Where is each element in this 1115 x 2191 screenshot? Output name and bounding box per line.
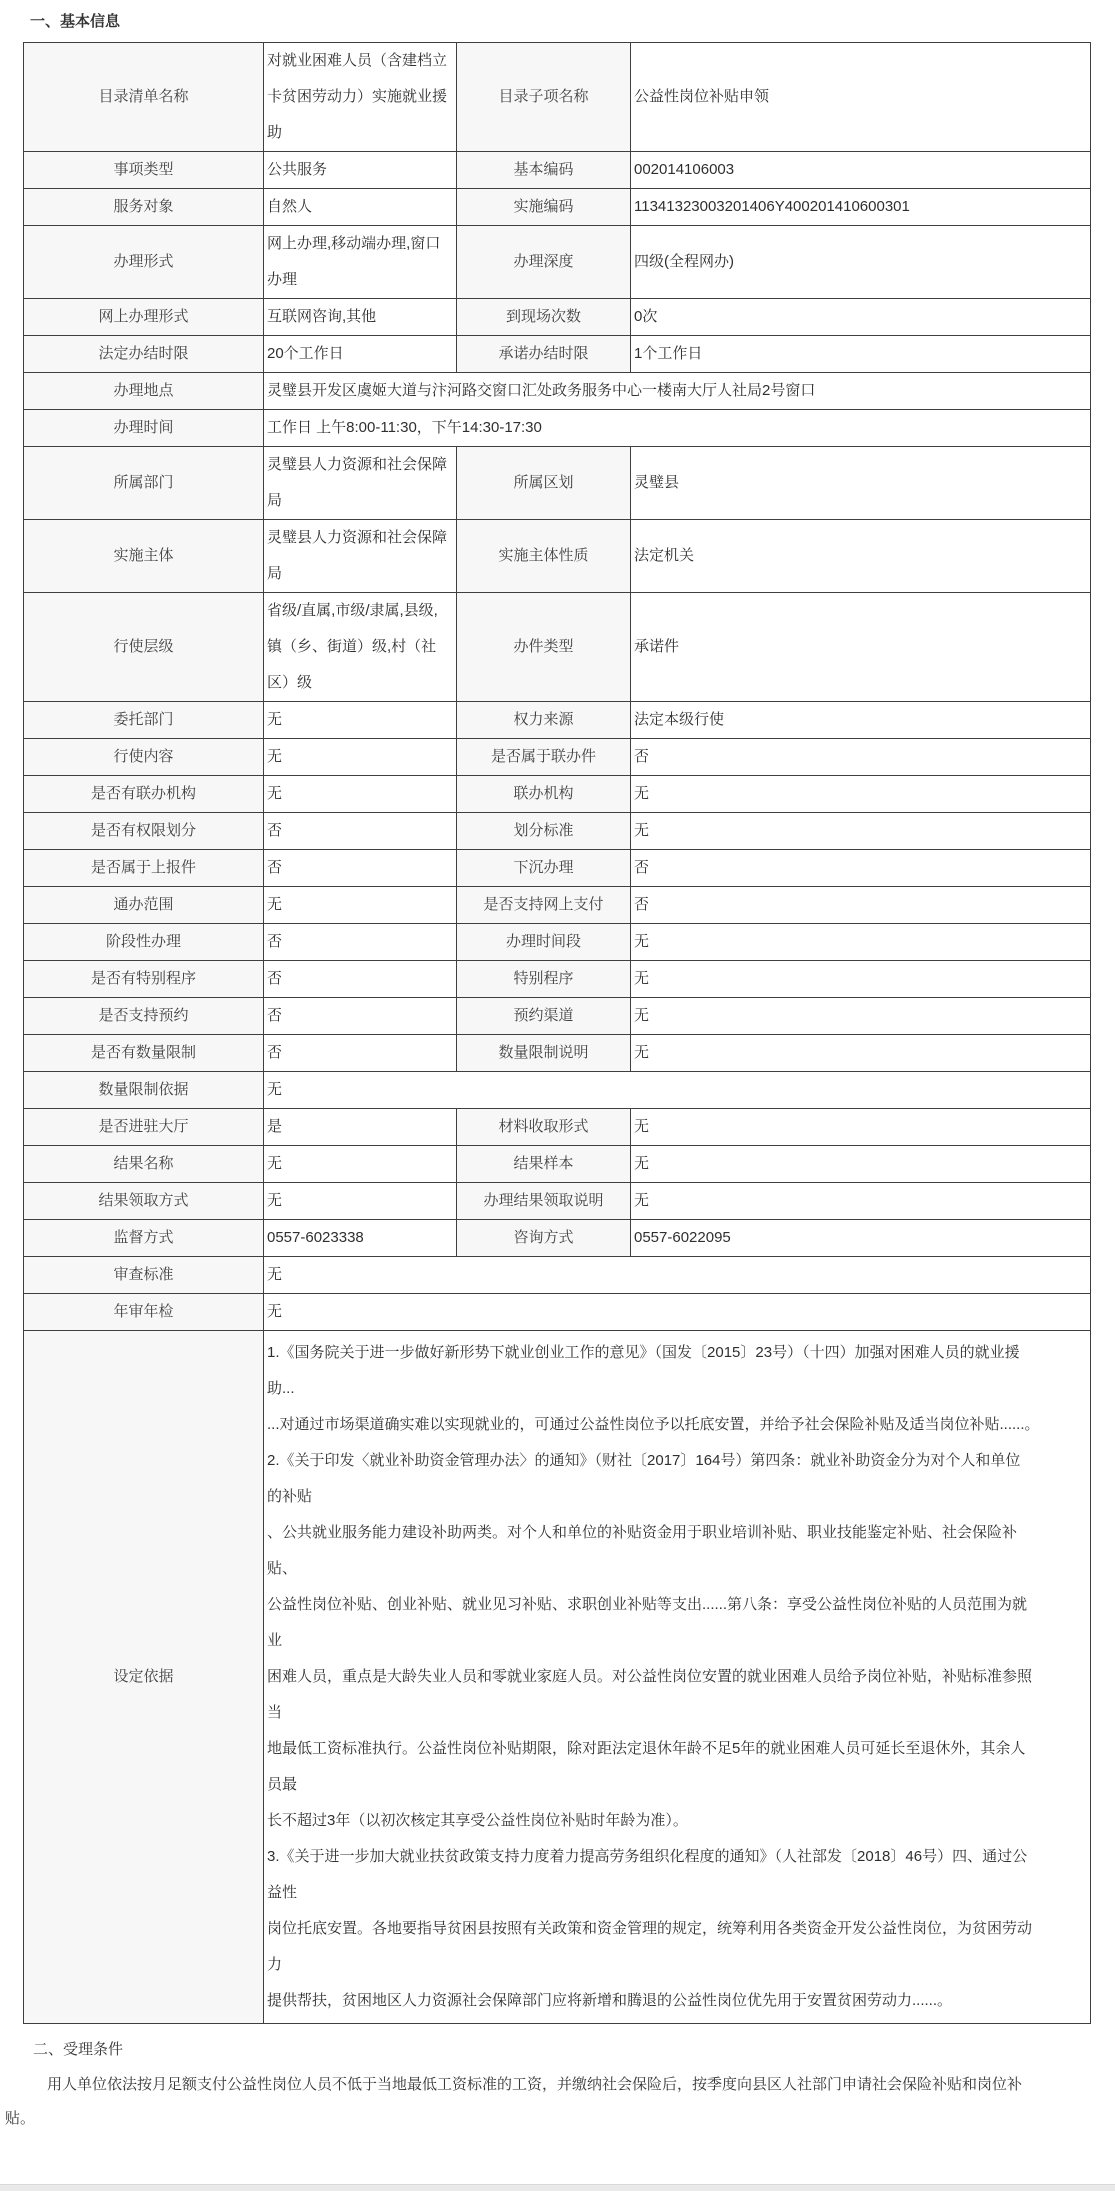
- accept-conditions-paragraph: 用人单位依法按月足额支付公益性岗位人员不低于当地最低工资标准的工资，并缴纳社会保…: [5, 2068, 1115, 2136]
- table-row: 办理形式网上办理,移动端办理,窗口办理办理深度四级(全程网办): [24, 226, 1091, 299]
- field-label: 委托部门: [24, 702, 264, 739]
- table-row: 是否有特别程序否特别程序无: [24, 961, 1091, 998]
- field-label: 下沉办理: [457, 850, 631, 887]
- field-value-line: 3.《关于进一步加大就业扶贫政策支持力度着力提高劳务组织化程度的通知》（人社部发…: [267, 1839, 1086, 1875]
- table-row: 办理时间工作日 上午8:00-11:30，下午14:30-17:30: [24, 410, 1091, 447]
- field-label: 结果样本: [457, 1146, 631, 1183]
- field-label: 实施主体性质: [457, 520, 631, 593]
- field-value: 无: [264, 1072, 1091, 1109]
- field-value: 灵璧县: [631, 447, 1091, 520]
- field-value: 自然人: [264, 189, 457, 226]
- field-value: 工作日 上午8:00-11:30，下午14:30-17:30: [264, 410, 1091, 447]
- table-row: 设定依据1.《国务院关于进一步做好新形势下就业创业工作的意见》（国发〔2015〕…: [24, 1331, 1091, 2024]
- accept-conditions-line: 用人单位依法按月足额支付公益性岗位人员不低于当地最低工资标准的工资，并缴纳社会保…: [5, 2068, 1115, 2102]
- table-row: 事项类型公共服务基本编码002014106003: [24, 152, 1091, 189]
- section-title-accept-conditions: 二、受理条件: [33, 2040, 1115, 2060]
- table-row: 所属部门灵璧县人力资源和社会保障局所属区划灵璧县: [24, 447, 1091, 520]
- field-value: 无: [631, 924, 1091, 961]
- table-row: 网上办理形式互联网咨询,其他到现场次数0次: [24, 299, 1091, 336]
- field-value: 是: [264, 1109, 457, 1146]
- field-label: 目录清单名称: [24, 43, 264, 152]
- field-label: 联办机构: [457, 776, 631, 813]
- field-value: 无: [631, 998, 1091, 1035]
- table-row: 服务对象自然人实施编码11341323003201406Y40020141060…: [24, 189, 1091, 226]
- field-value: 无: [264, 702, 457, 739]
- field-value-line: 1.《国务院关于进一步做好新形势下就业创业工作的意见》（国发〔2015〕23号）…: [267, 1335, 1086, 1371]
- field-value-line: 助...: [267, 1371, 1086, 1407]
- field-value-line: 地最低工资标准执行。公益性岗位补贴期限，除对距法定退休年龄不足5年的就业困难人员…: [267, 1731, 1086, 1767]
- field-label: 办理深度: [457, 226, 631, 299]
- table-row: 监督方式0557-6023338咨询方式0557-6022095: [24, 1220, 1091, 1257]
- field-value: 无: [631, 1109, 1091, 1146]
- table-row: 年审年检无: [24, 1294, 1091, 1331]
- field-value-line: 益性: [267, 1875, 1086, 1911]
- field-label: 所属部门: [24, 447, 264, 520]
- field-value-line: 当: [267, 1695, 1086, 1731]
- field-value: 无: [631, 1035, 1091, 1072]
- field-label: 通办范围: [24, 887, 264, 924]
- field-label: 材料收取形式: [457, 1109, 631, 1146]
- field-label: 基本编码: [457, 152, 631, 189]
- field-value-line: 力: [267, 1947, 1086, 1983]
- field-value: 公益性岗位补贴申领: [631, 43, 1091, 152]
- field-value-line: 困难人员，重点是大龄失业人员和零就业家庭人员。对公益性岗位安置的就业困难人员给予…: [267, 1659, 1086, 1695]
- table-row: 行使内容无是否属于联办件否: [24, 739, 1091, 776]
- field-value: 无: [264, 1183, 457, 1220]
- field-value: 省级/直属,市级/隶属,县级,镇（乡、街道）级,村（社区）级: [264, 593, 457, 702]
- field-label: 监督方式: [24, 1220, 264, 1257]
- field-value: 无: [264, 1294, 1091, 1331]
- table-row: 实施主体灵璧县人力资源和社会保障局实施主体性质法定机关: [24, 520, 1091, 593]
- table-row: 法定办结时限20个工作日承诺办结时限1个工作日: [24, 336, 1091, 373]
- field-value: 否: [264, 961, 457, 998]
- field-value: 四级(全程网办): [631, 226, 1091, 299]
- field-value: 无: [264, 739, 457, 776]
- field-value-line: 岗位托底安置。各地要指导贫困县按照有关政策和资金管理的规定，统筹利用各类资金开发…: [267, 1911, 1086, 1947]
- field-label: 实施主体: [24, 520, 264, 593]
- field-value: 互联网咨询,其他: [264, 299, 457, 336]
- field-value: 承诺件: [631, 593, 1091, 702]
- field-value-line: 员最: [267, 1767, 1086, 1803]
- field-value: 法定机关: [631, 520, 1091, 593]
- field-value: 网上办理,移动端办理,窗口办理: [264, 226, 457, 299]
- field-label: 是否有数量限制: [24, 1035, 264, 1072]
- field-label: 办理形式: [24, 226, 264, 299]
- field-label: 数量限制依据: [24, 1072, 264, 1109]
- field-label: 划分标准: [457, 813, 631, 850]
- basic-info-table: 目录清单名称对就业困难人员（含建档立卡贫困劳动力）实施就业援助目录子项名称公益性…: [23, 42, 1091, 2024]
- field-value: 灵璧县人力资源和社会保障局: [264, 520, 457, 593]
- field-value: 无: [264, 1146, 457, 1183]
- field-label: 咨询方式: [457, 1220, 631, 1257]
- table-row: 结果名称无结果样本无: [24, 1146, 1091, 1183]
- field-label: 阶段性办理: [24, 924, 264, 961]
- field-label: 服务对象: [24, 189, 264, 226]
- field-label: 结果领取方式: [24, 1183, 264, 1220]
- field-label: 事项类型: [24, 152, 264, 189]
- field-value: 否: [631, 850, 1091, 887]
- field-label: 办理时间: [24, 410, 264, 447]
- field-value: 1.《国务院关于进一步做好新形势下就业创业工作的意见》（国发〔2015〕23号）…: [264, 1331, 1091, 2024]
- field-value: 0次: [631, 299, 1091, 336]
- field-value: 否: [631, 739, 1091, 776]
- field-value-line: 长不超过3年（以初次核定其享受公益性岗位补贴时年龄为准）。: [267, 1803, 1086, 1839]
- field-value-line: ...对通过市场渠道确实难以实现就业的，可通过公益性岗位予以托底安置，并给予社会…: [267, 1407, 1086, 1443]
- table-row: 是否有数量限制否数量限制说明无: [24, 1035, 1091, 1072]
- field-value: 无: [631, 1146, 1091, 1183]
- field-value-line: 提供帮扶，贫困地区人力资源社会保障部门应将新增和腾退的公益性岗位优先用于安置贫困…: [267, 1983, 1086, 2019]
- field-label: 办理时间段: [457, 924, 631, 961]
- basic-info-table-body: 目录清单名称对就业困难人员（含建档立卡贫困劳动力）实施就业援助目录子项名称公益性…: [24, 43, 1091, 2024]
- field-value: 无: [264, 1257, 1091, 1294]
- field-value: 否: [631, 887, 1091, 924]
- table-row: 行使层级省级/直属,市级/隶属,县级,镇（乡、街道）级,村（社区）级办件类型承诺…: [24, 593, 1091, 702]
- table-row: 办理地点灵璧县开发区虞姬大道与汴河路交窗口汇处政务服务中心一楼南大厅人社局2号窗…: [24, 373, 1091, 410]
- field-value: 无: [264, 776, 457, 813]
- field-label: 权力来源: [457, 702, 631, 739]
- field-label: 是否有联办机构: [24, 776, 264, 813]
- field-label: 结果名称: [24, 1146, 264, 1183]
- field-value: 20个工作日: [264, 336, 457, 373]
- field-value: 灵璧县人力资源和社会保障局: [264, 447, 457, 520]
- accept-conditions-line: 贴。: [5, 2102, 1115, 2136]
- field-label: 是否属于上报件: [24, 850, 264, 887]
- field-label: 是否支持预约: [24, 998, 264, 1035]
- field-label: 审查标准: [24, 1257, 264, 1294]
- table-row: 委托部门无权力来源法定本级行使: [24, 702, 1091, 739]
- field-label: 目录子项名称: [457, 43, 631, 152]
- page: 一、基本信息 目录清单名称对就业困难人员（含建档立卡贫困劳动力）实施就业援助目录…: [0, 0, 1115, 2191]
- field-value: 无: [631, 1183, 1091, 1220]
- field-value: 法定本级行使: [631, 702, 1091, 739]
- field-value: 否: [264, 813, 457, 850]
- table-row: 数量限制依据无: [24, 1072, 1091, 1109]
- field-value-line: 的补贴: [267, 1479, 1086, 1515]
- field-value-line: 公益性岗位补贴、创业补贴、就业见习补贴、求职创业补贴等支出......第八条：享…: [267, 1587, 1086, 1623]
- field-value: 无: [264, 887, 457, 924]
- field-label: 预约渠道: [457, 998, 631, 1035]
- field-label: 设定依据: [24, 1331, 264, 2024]
- field-label: 是否进驻大厅: [24, 1109, 264, 1146]
- field-value: 否: [264, 850, 457, 887]
- field-value: 11341323003201406Y400201410600301: [631, 189, 1091, 226]
- field-label: 是否有权限划分: [24, 813, 264, 850]
- field-label: 网上办理形式: [24, 299, 264, 336]
- field-label: 实施编码: [457, 189, 631, 226]
- field-value: 0557-6022095: [631, 1220, 1091, 1257]
- field-value: 灵璧县开发区虞姬大道与汴河路交窗口汇处政务服务中心一楼南大厅人社局2号窗口: [264, 373, 1091, 410]
- field-value: 1个工作日: [631, 336, 1091, 373]
- field-value: 否: [264, 1035, 457, 1072]
- table-row: 目录清单名称对就业困难人员（含建档立卡贫困劳动力）实施就业援助目录子项名称公益性…: [24, 43, 1091, 152]
- field-value-line: 业: [267, 1623, 1086, 1659]
- field-label: 所属区划: [457, 447, 631, 520]
- field-value: 无: [631, 813, 1091, 850]
- field-value: 002014106003: [631, 152, 1091, 189]
- field-label: 办件类型: [457, 593, 631, 702]
- field-label: 到现场次数: [457, 299, 631, 336]
- table-row: 审查标准无: [24, 1257, 1091, 1294]
- field-value-line: 2.《关于印发〈就业补助资金管理办法〉的通知》（财社〔2017〕164号）第四条…: [267, 1443, 1086, 1479]
- table-row: 通办范围无是否支持网上支付否: [24, 887, 1091, 924]
- field-label: 是否支持网上支付: [457, 887, 631, 924]
- footer-strip: [0, 2184, 1115, 2191]
- field-value: 0557-6023338: [264, 1220, 457, 1257]
- field-label: 行使内容: [24, 739, 264, 776]
- table-row: 是否属于上报件否下沉办理否: [24, 850, 1091, 887]
- field-label: 法定办结时限: [24, 336, 264, 373]
- field-label: 承诺办结时限: [457, 336, 631, 373]
- field-label: 是否有特别程序: [24, 961, 264, 998]
- field-value-line: 、公共就业服务能力建设补助两类。对个人和单位的补贴资金用于职业培训补贴、职业技能…: [267, 1515, 1086, 1551]
- field-value: 对就业困难人员（含建档立卡贫困劳动力）实施就业援助: [264, 43, 457, 152]
- table-row: 结果领取方式无办理结果领取说明无: [24, 1183, 1091, 1220]
- field-label: 行使层级: [24, 593, 264, 702]
- field-label: 办理结果领取说明: [457, 1183, 631, 1220]
- field-value: 否: [264, 998, 457, 1035]
- table-row: 是否进驻大厅是材料收取形式无: [24, 1109, 1091, 1146]
- table-row: 是否有联办机构无联办机构无: [24, 776, 1091, 813]
- table-row: 阶段性办理否办理时间段无: [24, 924, 1091, 961]
- table-row: 是否有权限划分否划分标准无: [24, 813, 1091, 850]
- field-value: 否: [264, 924, 457, 961]
- field-label: 是否属于联办件: [457, 739, 631, 776]
- field-label: 办理地点: [24, 373, 264, 410]
- field-value: 公共服务: [264, 152, 457, 189]
- field-label: 数量限制说明: [457, 1035, 631, 1072]
- field-label: 年审年检: [24, 1294, 264, 1331]
- field-value: 无: [631, 776, 1091, 813]
- field-label: 特别程序: [457, 961, 631, 998]
- section-title-basic-info: 一、基本信息: [30, 12, 1115, 32]
- table-row: 是否支持预约否预约渠道无: [24, 998, 1091, 1035]
- field-value: 无: [631, 961, 1091, 998]
- field-value-line: 贴、: [267, 1551, 1086, 1587]
